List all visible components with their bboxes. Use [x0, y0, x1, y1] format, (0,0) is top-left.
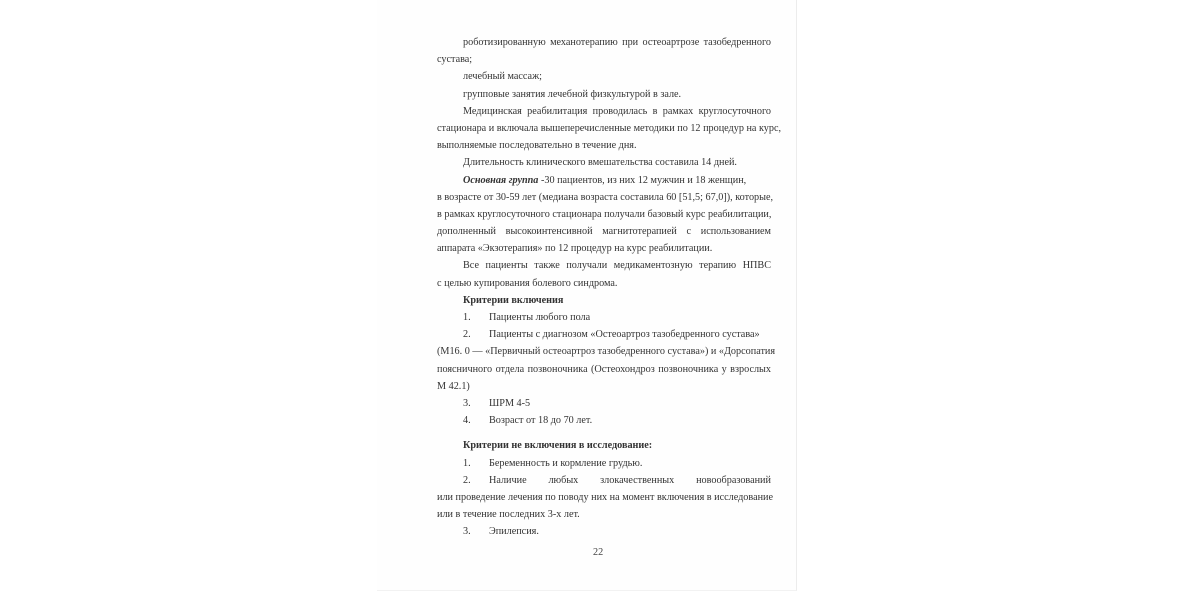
- list-item: 3.ШРМ 4-5: [437, 395, 771, 412]
- paragraph-line: аппарата «Экзотерапия» по 12 процедур на…: [437, 240, 771, 257]
- page-number: 22: [593, 547, 603, 558]
- main-group-label: Основная группа: [463, 175, 538, 186]
- paragraph-line: лечебный массаж;: [437, 68, 771, 85]
- list-item-continuation: или в течение последних 3-х лет.: [437, 506, 771, 523]
- document-body: роботизированную механотерапию при остео…: [437, 34, 771, 540]
- list-item: 3.Эпилепсия.: [437, 523, 771, 540]
- exclusion-heading: Критерии не включения в исследование:: [437, 437, 771, 454]
- list-item: 2.Наличиелюбыхзлокачественныхновообразов…: [437, 472, 771, 489]
- list-item-continuation: М 42.1): [437, 378, 771, 395]
- paragraph-line: стационара и включала вышеперечисленные …: [437, 120, 771, 137]
- paragraph-line: Медицинская реабилитация проводилась в р…: [437, 103, 771, 120]
- paragraph-line: роботизированную механотерапию при остео…: [437, 34, 771, 51]
- list-item-continuation: или проведение лечения по поводу них на …: [437, 489, 771, 506]
- list-item: 4.Возраст от 18 до 70 лет.: [437, 412, 771, 429]
- paragraph-line: в возрасте от 30-59 лет (медиана возраст…: [437, 189, 771, 206]
- paragraph-line: выполняемые последовательно в течение дн…: [437, 137, 771, 154]
- paragraph-line: Все пациенты также получали медикаментоз…: [437, 257, 771, 274]
- list-item: 1.Беременность и кормление грудью.: [437, 455, 771, 472]
- list-item: 2.Пациенты с диагнозом «Остеоартроз тазо…: [437, 326, 771, 343]
- list-item-continuation: (М16. 0 — «Первичный остеоартроз тазобед…: [437, 343, 771, 360]
- paragraph-line: дополненный высокоинтенсивной магнитотер…: [437, 223, 771, 240]
- list-item: 1.Пациенты любого пола: [437, 309, 771, 326]
- paragraph-line: сустава;: [437, 51, 771, 68]
- paragraph-line: Длительность клинического вмешательства …: [437, 154, 771, 171]
- paragraph-line: в рамках круглосуточного стационара полу…: [437, 206, 771, 223]
- paragraph-line: Основная группа -30 пациентов, из них 12…: [437, 172, 771, 189]
- justified-text: Наличиелюбыхзлокачественныхновообразован…: [489, 472, 771, 489]
- paragraph-line: групповые занятия лечебной физкультурой …: [437, 86, 771, 103]
- paragraph-line: с целью купирования болевого синдрома.: [437, 275, 771, 292]
- list-item-continuation: поясничного отдела позвоночника (Остеохо…: [437, 361, 771, 378]
- inclusion-heading: Критерии включения: [437, 292, 771, 309]
